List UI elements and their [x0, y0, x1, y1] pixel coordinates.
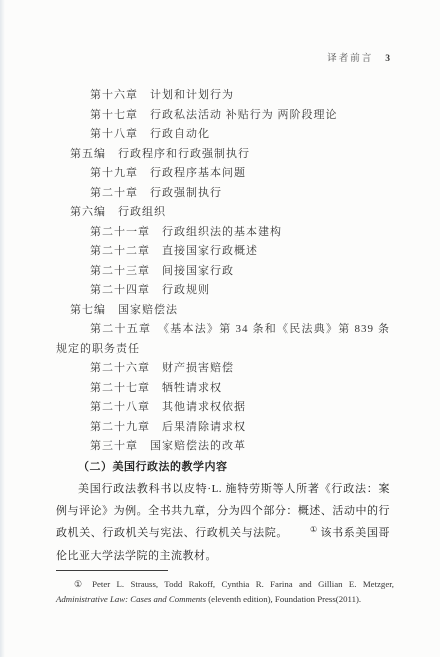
toc-item: 第十八章 行政自动化 — [56, 125, 390, 145]
section-us-admin-law: （二）美国行政法的教学内容 美国行政法教科书以皮特·L. 施特劳斯等人所著《行政… — [56, 456, 390, 567]
toc-item: 第二十九章 后果清除请求权 — [56, 418, 390, 438]
toc-item: 第二十一章 行政组织法的基本建构 — [56, 223, 390, 243]
page-number: 3 — [385, 54, 390, 64]
running-head: 译者前言3 — [327, 50, 390, 64]
page-edge-shadow — [0, 0, 5, 657]
toc-item: 第二十三章 间接国家行政 — [56, 262, 390, 282]
toc-item: 第十九章 行政程序基本问题 — [56, 164, 390, 184]
toc-item: 第二十六章 财产损害赔偿 — [56, 359, 390, 379]
toc-item: 第二十二章 直接国家行政概述 — [56, 242, 390, 262]
toc-item: 第十七章 行政私法活动 补贴行为 两阶段理论 — [56, 106, 390, 126]
toc-item: 第二十四章 行政规则 — [56, 281, 390, 301]
toc-item: 第五编 行政程序和行政强制执行 — [56, 145, 390, 165]
footnote-ref-marker: ① — [288, 519, 317, 541]
toc-item: 第二十五章 《基本法》第 34 条和《民法典》第 839 条规定的职务责任 — [56, 320, 390, 359]
running-head-title: 译者前言 — [327, 54, 373, 64]
section-heading: （二）美国行政法的教学内容 — [56, 456, 390, 478]
footnote-paragraph: ①Peter L. Strauss, Todd Rakoff, Cynthia … — [56, 577, 394, 607]
footnote-book-title: Administrative Law: Cases and Comments — [56, 594, 206, 604]
body-paragraph: 美国行政法教科书以皮特·L. 施特劳斯等人所著《行政法：案例与评论》为例。全书共… — [56, 478, 390, 567]
footnote: ①Peter L. Strauss, Todd Rakoff, Cynthia … — [56, 577, 394, 607]
footnote-edition-publisher: (eleventh edition), Foundation Press(201… — [206, 594, 361, 604]
footnote-divider — [56, 570, 168, 571]
book-page: 译者前言3 第十六章 计划和计划行为 第十七章 行政私法活动 补贴行为 两阶段理… — [0, 0, 440, 657]
toc-item: 第二十七章 牺牲请求权 — [56, 379, 390, 399]
toc-item: 第七编 国家赔偿法 — [56, 301, 390, 321]
toc-item: 第二十八章 其他请求权依据 — [56, 398, 390, 418]
table-of-contents: 第十六章 计划和计划行为 第十七章 行政私法活动 补贴行为 两阶段理论 第十八章… — [56, 86, 390, 457]
toc-item: 第十六章 计划和计划行为 — [56, 86, 390, 106]
toc-item: 第二十章 行政强制执行 — [56, 184, 390, 204]
footnote-marker: ① — [74, 579, 86, 589]
toc-item: 第三十章 国家赔偿法的改革 — [56, 437, 390, 457]
toc-item: 第六编 行政组织 — [56, 203, 390, 223]
footnote-authors: Peter L. Strauss, Todd Rakoff, Cynthia R… — [92, 579, 394, 589]
